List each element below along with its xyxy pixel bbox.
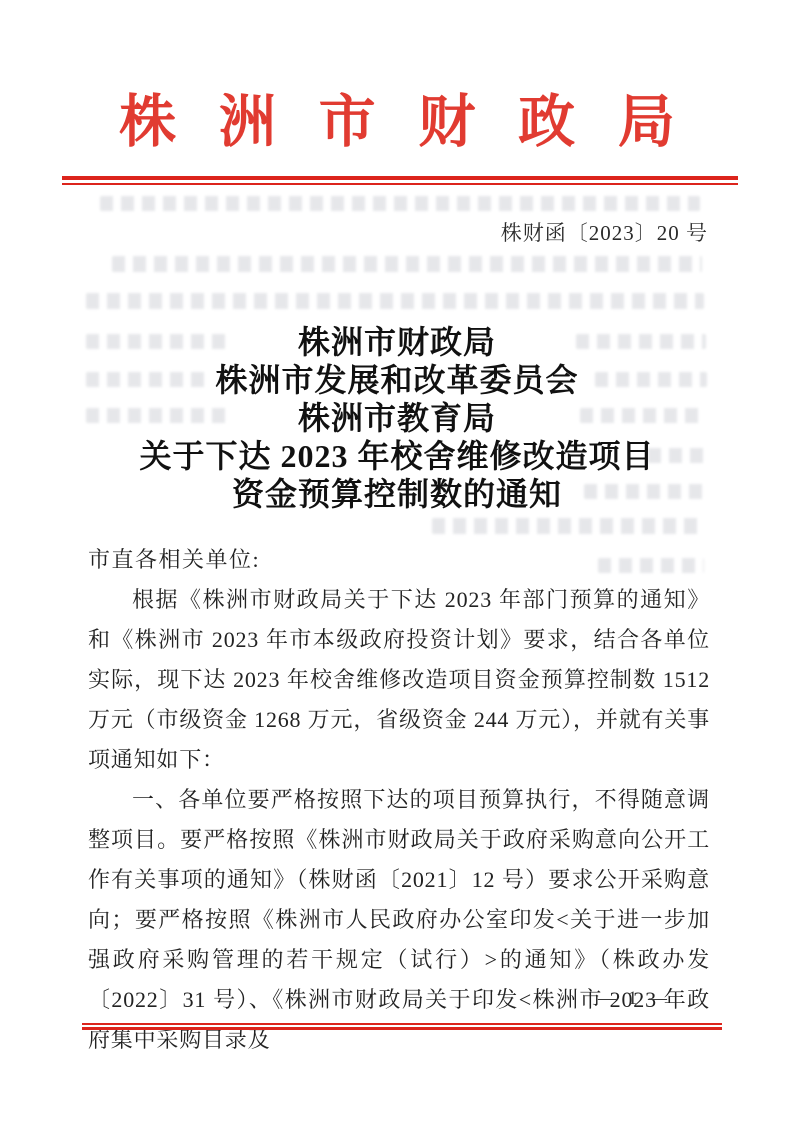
scanned-document-page: 株洲市财政局 株财函〔2023〕20 号 株洲市财政局 株洲市发展和改革委员会 … — [0, 0, 794, 1122]
bleedthrough-artifact — [432, 518, 704, 534]
body-paragraph-1: 根据《株洲市财政局关于下达 2023 年部门预算的通知》和《株洲市 2023 年… — [88, 580, 710, 780]
document-body: 市直各相关单位: 根据《株洲市财政局关于下达 2023 年部门预算的通知》和《株… — [88, 540, 710, 1060]
agency-name: 株洲市财政局 — [119, 86, 718, 160]
title-subject-line-2: 资金预算控制数的通知 — [60, 475, 734, 513]
title-subject-line-1: 关于下达 2023 年校舍维修改造项目 — [60, 437, 734, 475]
page-number: — 1 — — [598, 988, 670, 1010]
bleedthrough-artifact — [112, 256, 702, 272]
bleedthrough-artifact — [100, 196, 700, 211]
bleedthrough-artifact — [86, 293, 704, 309]
body-paragraph-2: 一、各单位要严格按照下达的项目预算执行，不得随意调整项目。要严格按照《株洲市财政… — [88, 780, 710, 1060]
footer-divider — [82, 1023, 722, 1030]
footer-thick-line — [82, 1027, 722, 1030]
salutation: 市直各相关单位: — [88, 540, 710, 580]
divider-thin-line — [62, 183, 738, 185]
letterhead-divider — [62, 176, 738, 185]
title-issuer-line-1: 株洲市财政局 — [60, 323, 734, 361]
agency-masthead: 株洲市财政局 — [0, 86, 794, 174]
document-title: 株洲市财政局 株洲市发展和改革委员会 株洲市教育局 关于下达 2023 年校舍维… — [60, 323, 734, 513]
document-number: 株财函〔2023〕20 号 — [501, 217, 708, 247]
title-issuer-line-2: 株洲市发展和改革委员会 — [60, 361, 734, 399]
title-issuer-line-3: 株洲市教育局 — [60, 399, 734, 437]
